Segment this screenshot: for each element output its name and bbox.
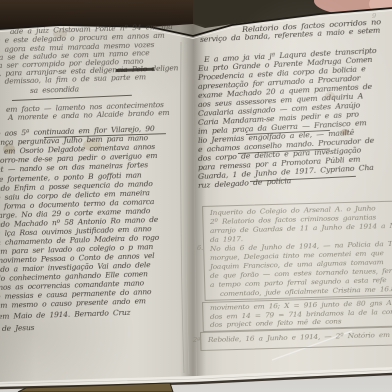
lighting-overlay [0,0,392,392]
manuscript-photo: ade a juiz Cristovam Ponte nº 94 em mae … [0,0,392,392]
